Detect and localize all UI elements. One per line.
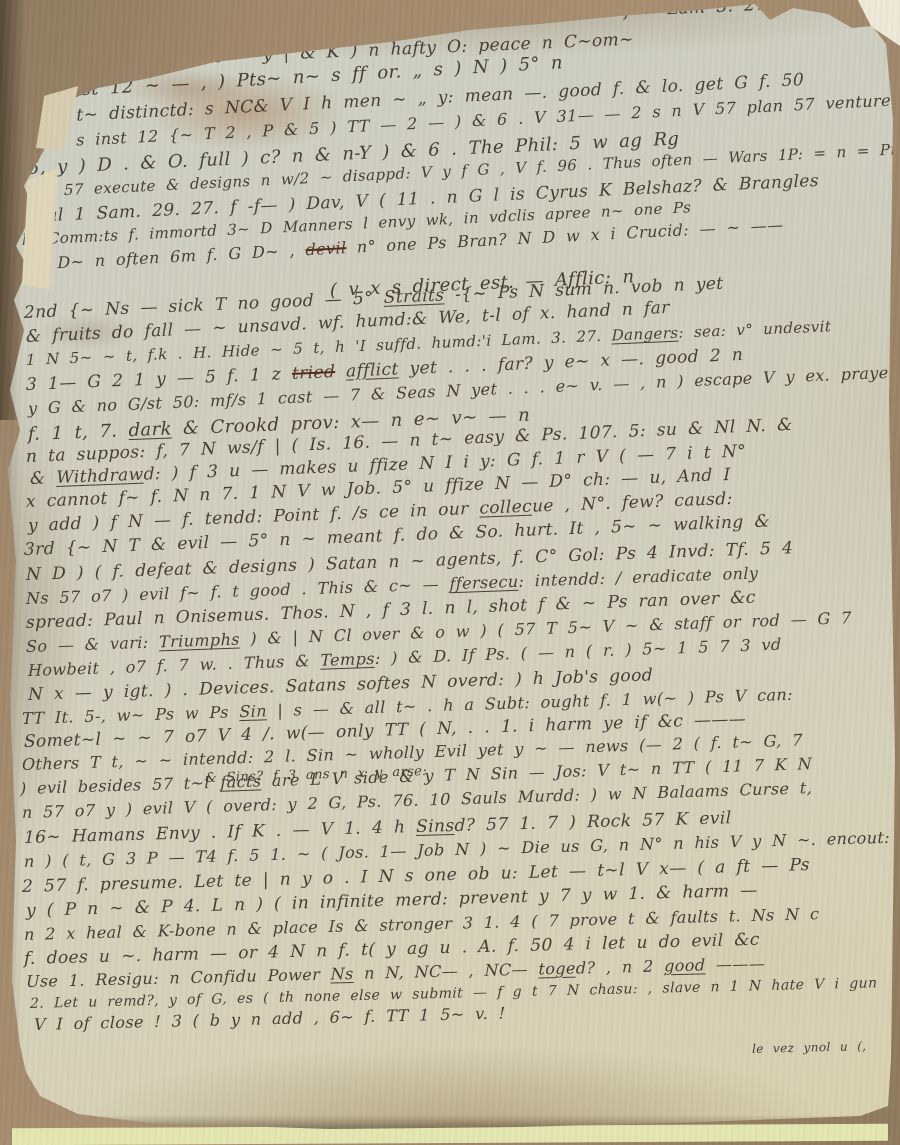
handwriting-line-44: le vez ynol u (, xyxy=(752,1039,867,1056)
manuscript-page: numb 5: — n 18 g. – 7 letters 7.Philosop… xyxy=(0,0,900,1145)
handwriting-lines: numb 5: — n 18 g. – 7 letters 7.Philosop… xyxy=(0,0,900,1145)
manuscript-photo: numb 5: — n 18 g. – 7 letters 7.Philosop… xyxy=(0,0,900,1145)
